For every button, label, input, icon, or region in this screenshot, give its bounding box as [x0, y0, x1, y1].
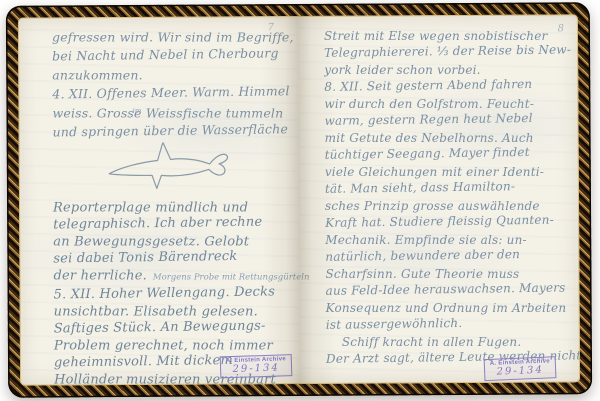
handwriting-line: Saftiges Stück. An Bewegungs- [54, 317, 294, 337]
handwriting-line: Telegraphiererei. ⅓ der Reise bis New- [324, 41, 570, 61]
archive-stamp: A. Einstein Archive 29-134 [483, 356, 556, 381]
handwriting-line: ist aussergewöhnlich. [326, 313, 572, 333]
handwriting-line: und springen über die Wasserfläche [52, 119, 292, 141]
handwriting-line: aus Feld-Idee herauswachsen. Mayers [325, 279, 571, 299]
archive-stamp-number: 29-134 [232, 363, 280, 376]
handwriting-line diary-date-line: 4. XII. Offenes Meer. Warm. Himmel [52, 81, 292, 103]
margin-insert-note: Morgens Probe mit Rettungsgürteln [153, 273, 310, 283]
archive-stamp: A. Einstein Archive 29-134 [220, 354, 293, 378]
handwriting-line: telegraphisch. Ich aber rechne [53, 213, 293, 233]
handwriting-line: sei dabei Tonis Bärendreck [53, 247, 293, 267]
handwriting-line: warm, gestern Regen heut Nebel [324, 109, 570, 129]
handwriting-line: bei Nacht und Nebel in Cherbourg [52, 43, 292, 65]
handwriting-line diary-date-line: 5. XII. Hoher Wellengang. Decks [53, 283, 293, 303]
right-page: 8 Streit mit Else wegen snobistischer Te… [298, 14, 580, 384]
handwriting-text: der herrliche. [53, 269, 146, 284]
shark-sketch [99, 141, 239, 196]
handwriting-line: natürlich, bewundere aber den [325, 245, 571, 265]
archive-stamp-number: 29-134 [496, 365, 544, 378]
left-page: 7 gefressen wird. Wir sind im Begriffe, … [18, 16, 300, 386]
handwriting-line diary-date-line: 8. XII. Seit gestern Abend fahren [324, 75, 570, 95]
superscript-insert: im [132, 107, 141, 115]
handwriting-line: tüchtiger Seegang. Mayer findet [325, 143, 571, 163]
notebook-cover: 7 gefressen wird. Wir sind im Begriffe, … [6, 2, 592, 398]
handwriting-line: Kraft hat. Studiere fleissig Quanten- [325, 211, 571, 231]
open-pages: 7 gefressen wird. Wir sind im Begriffe, … [18, 14, 580, 385]
handwriting-line: tät. Man sieht, dass Hamilton- [325, 177, 571, 197]
